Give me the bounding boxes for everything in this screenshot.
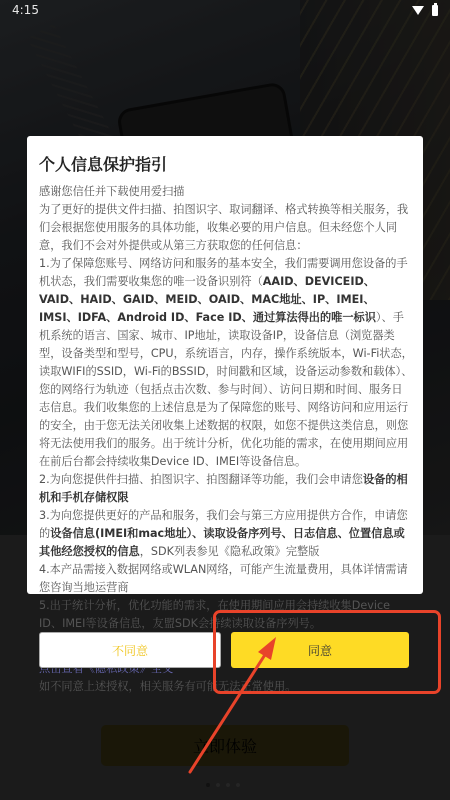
item-2: 2.为向您提供件扫描、拍图识字、拍图翻译等功能，我们会申请您设备的相机和手机存储… — [39, 471, 413, 507]
page-dot — [216, 783, 220, 787]
battery-icon — [432, 5, 438, 16]
intro-text: 感谢您信任并下载使用爱扫描 — [39, 183, 413, 201]
agree-button[interactable]: 同意 — [231, 632, 409, 668]
page-dot — [226, 783, 230, 787]
item-1-text-2: ）、手机系统的语言、国家、城市、IP地址，读取设备IP，设备信息（浏览器类型，设… — [39, 311, 413, 468]
page-dot — [236, 783, 240, 787]
try-now-button[interactable]: 立即体验 — [101, 725, 349, 766]
item-3-text-2: ，SDK列表参见《隐私政策》完整版 — [140, 545, 320, 558]
paragraph-intro: 为了更好的提供文件扫描、拍图识字、取词翻译、格式转换等相关服务，我们会根据您使用… — [39, 201, 413, 255]
item-1: 1.为了保障您账号、网络访问和服务的基本安全，我们需要调用您设备的手机状态，我们… — [39, 255, 413, 471]
item-2-text: 2.为向您提供件扫描、拍图识字、拍图翻译等功能，我们会申请您 — [39, 473, 363, 486]
privacy-dialog: 个人信息保护指引 感谢您信任并下载使用爱扫描 为了更好的提供文件扫描、拍图识字、… — [27, 136, 423, 594]
consent-note: 如不同意上述授权，相关服务有可能无法正常使用。 — [39, 678, 413, 696]
status-time: 4:15 — [12, 3, 39, 17]
item-3: 3.为向您提供更好的产品和服务，我们会与第三方应用提供方合作，申请您的设备信息(… — [39, 507, 413, 561]
wifi-icon — [412, 6, 424, 15]
dialog-title: 个人信息保护指引 — [39, 152, 167, 175]
disagree-button[interactable]: 不同意 — [39, 632, 221, 668]
dialog-body[interactable]: 感谢您信任并下载使用爱扫描 为了更好的提供文件扫描、拍图识字、取词翻译、格式转换… — [39, 183, 413, 696]
item-5: 5.出于统计分析，优化功能的需求，在使用期间应用会持续收集Device ID、I… — [39, 597, 413, 633]
status-icons — [412, 5, 438, 16]
page-dot — [206, 783, 210, 787]
page-indicator — [206, 783, 240, 787]
status-bar: 4:15 — [0, 0, 450, 20]
item-4: 4.本产品需接入数据网络或WLAN网络，可能产生流量费用，具体详情需请您咨询当地… — [39, 561, 413, 597]
